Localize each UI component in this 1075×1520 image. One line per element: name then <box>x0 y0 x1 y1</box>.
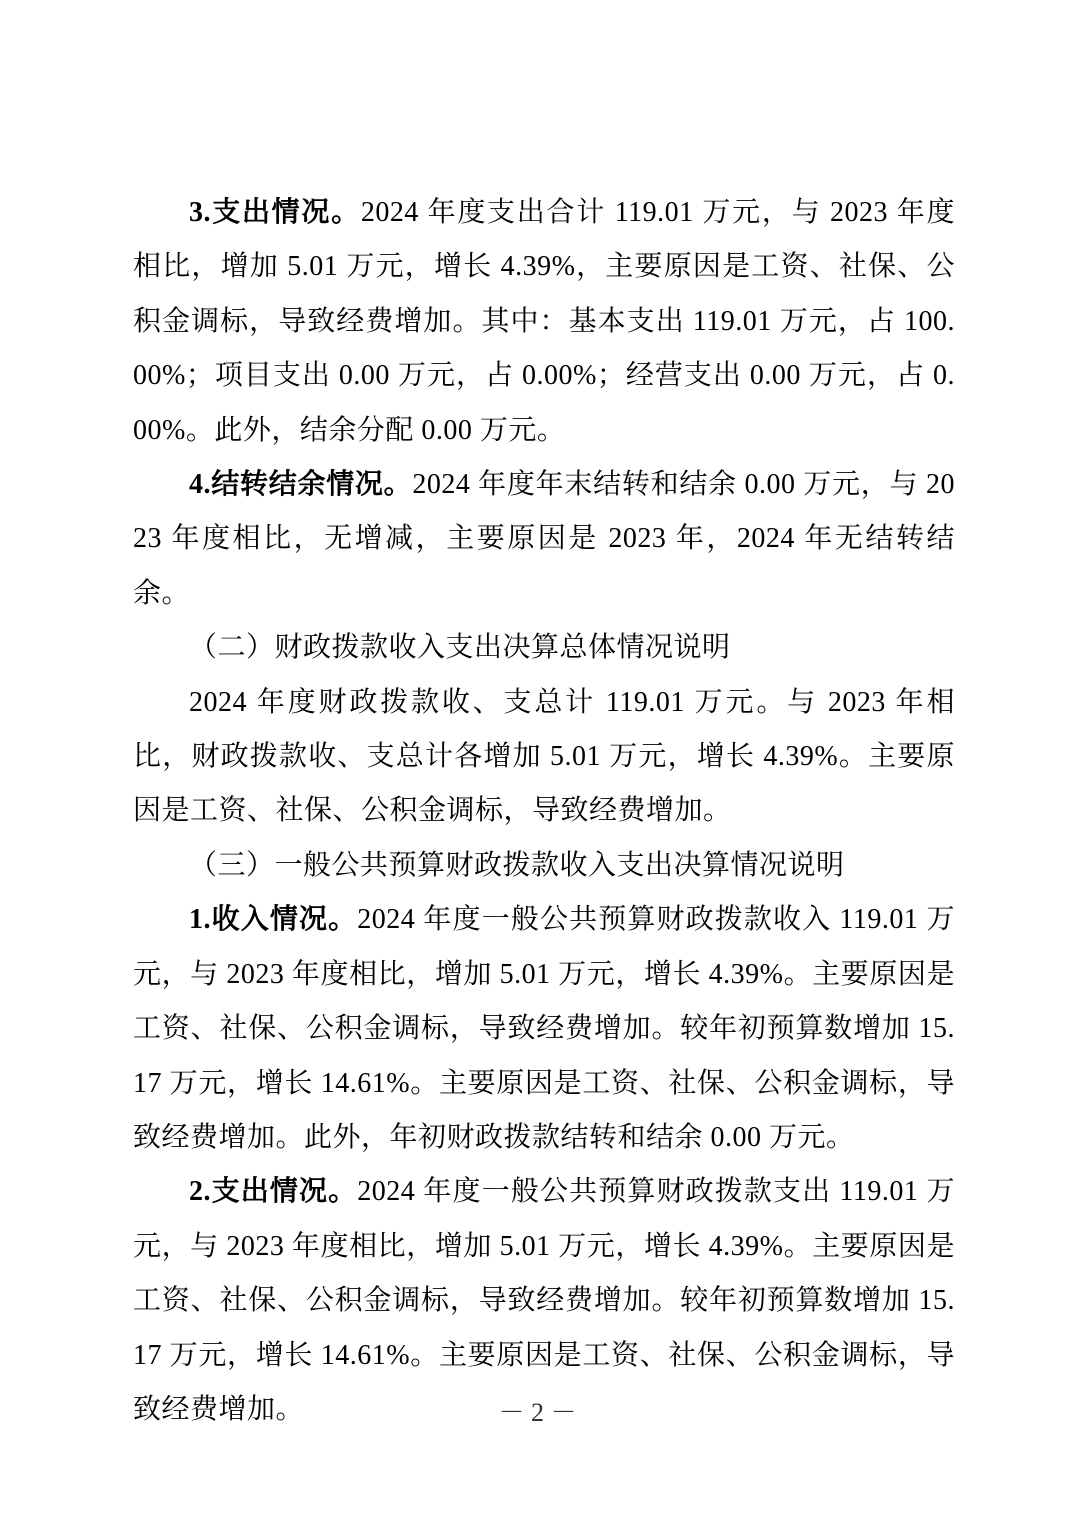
section-heading-fiscal-appropriation: （二）财政拨款收入支出决算总体情况说明 <box>133 621 955 675</box>
paragraph-text-fiscal-appropriation-total: 2024 年度财政拨款收、支总计 119.01 万元。与 2023 年相比，财政… <box>133 687 955 827</box>
paragraph-lead-expenditure-overview: 3.支出情况。 <box>189 197 361 228</box>
paragraph-lead-income-overview: 1.收入情况。 <box>189 904 357 935</box>
document-page: 3.支出情况。2024 年度支出合计 119.01 万元，与 2023 年度相比… <box>0 0 1075 1520</box>
paragraph-text-budget-expenditure-overview: 2024 年度一般公共预算财政拨款支出 119.01 万元，与 2023 年度相… <box>133 1176 955 1425</box>
section-heading-general-public-budget: （三）一般公共预算财政拨款收入支出决算情况说明 <box>133 839 955 893</box>
page-number: － 2 － <box>0 1396 1075 1430</box>
paragraph-fiscal-appropriation-total: 2024 年度财政拨款收、支总计 119.01 万元。与 2023 年相比，财政… <box>133 676 955 839</box>
section-heading-fiscal-appropriation-text: （二）财政拨款收入支出决算总体情况说明 <box>189 632 731 663</box>
paragraph-carryover-balance: 4.结转结余情况。2024 年度年末结转和结余 0.00 万元，与 2023 年… <box>133 458 955 621</box>
paragraph-expenditure-overview: 3.支出情况。2024 年度支出合计 119.01 万元，与 2023 年度相比… <box>133 186 955 458</box>
document-body: 3.支出情况。2024 年度支出合计 119.01 万元，与 2023 年度相比… <box>133 186 955 1437</box>
paragraph-text-expenditure-overview: 2024 年度支出合计 119.01 万元，与 2023 年度相比，增加 5.0… <box>133 197 955 446</box>
paragraph-lead-carryover-balance: 4.结转结余情况。 <box>189 469 412 500</box>
section-heading-general-public-budget-text: （三）一般公共预算财政拨款收入支出决算情况说明 <box>189 850 845 881</box>
paragraph-lead-budget-expenditure-overview: 2.支出情况。 <box>189 1176 357 1207</box>
paragraph-text-income-overview: 2024 年度一般公共预算财政拨款收入 119.01 万元，与 2023 年度相… <box>133 904 955 1153</box>
paragraph-income-overview: 1.收入情况。2024 年度一般公共预算财政拨款收入 119.01 万元，与 2… <box>133 893 955 1165</box>
